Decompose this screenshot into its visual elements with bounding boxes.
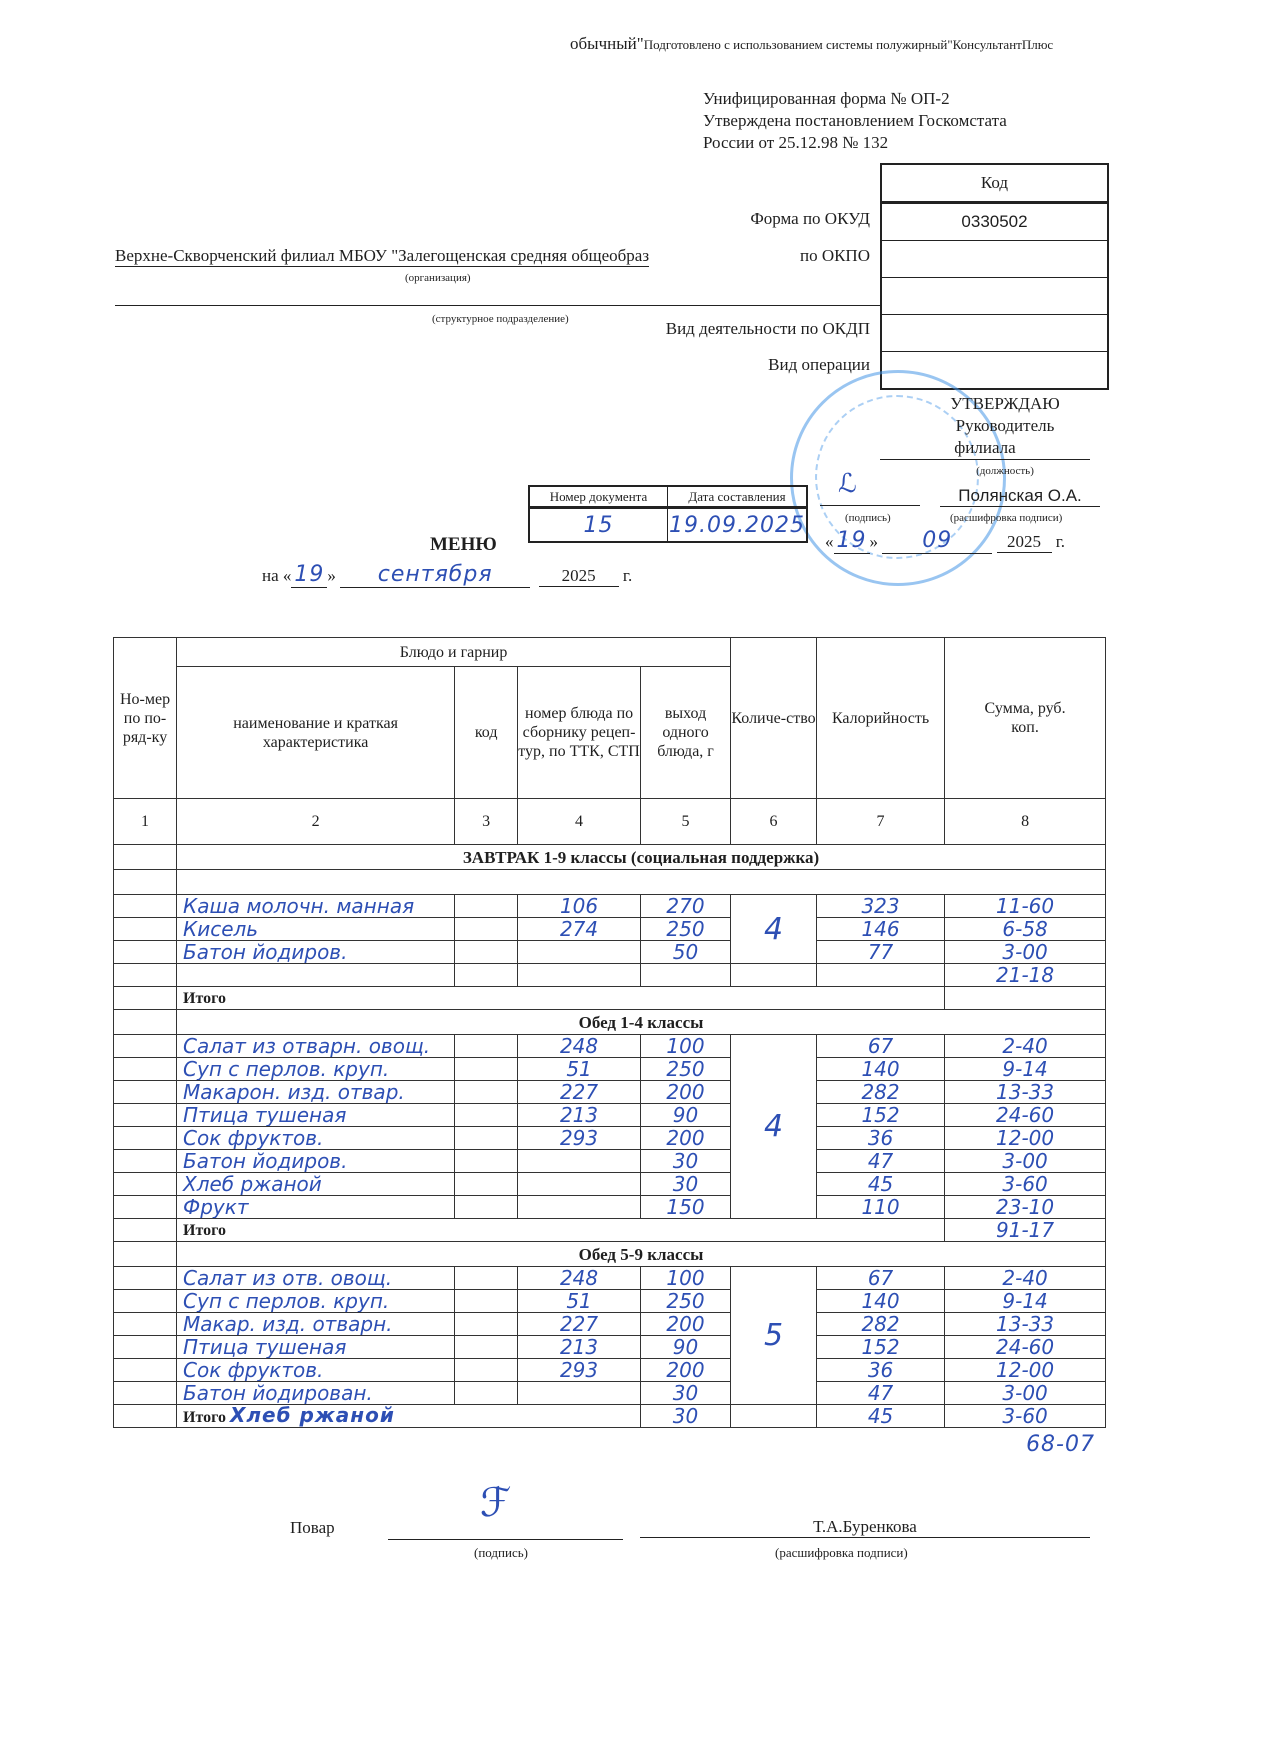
- table-row: Батон йодиров.50773-00: [114, 941, 1106, 964]
- table-row: Батон йодиров.30473-00: [114, 1150, 1106, 1173]
- dish-recipe: 51: [518, 1058, 641, 1081]
- dish-code: [455, 1382, 518, 1405]
- dish-calories: 36: [816, 1127, 944, 1150]
- dish-sum: 13-33: [945, 1081, 1106, 1104]
- okdp-label: Вид деятельности по ОКДП: [666, 319, 870, 339]
- section-header-row: Обед 1-4 классы: [114, 1010, 1106, 1035]
- dish-name: Суп с перлов. круп.: [177, 1058, 455, 1081]
- form-info: Унифицированная форма № ОП-2 Утверждена …: [703, 88, 1007, 154]
- dish-recipe: 248: [518, 1267, 641, 1290]
- dish-code: [455, 1290, 518, 1313]
- total-row: Итого91-17: [114, 1219, 1106, 1242]
- dish-calories: 45: [816, 1173, 944, 1196]
- dish-name: Суп с перлов. круп.: [177, 1290, 455, 1313]
- dish-recipe: [518, 1173, 641, 1196]
- row-num: [114, 1313, 177, 1336]
- dish-recipe: [518, 1382, 641, 1405]
- dish-recipe: 293: [518, 1127, 641, 1150]
- organization-name: Верхне-Скворченский филиал МБОУ "Залегощ…: [115, 246, 649, 267]
- dish-name: Птица тушеная: [177, 1104, 455, 1127]
- cook-name-caption: (расшифровка подписи): [775, 1545, 908, 1561]
- section-title: Обед 5-9 классы: [177, 1242, 1106, 1267]
- dish-yield: 200: [640, 1081, 730, 1104]
- document-date: 19.09.2025: [668, 508, 807, 543]
- dish-yield: 200: [640, 1127, 730, 1150]
- dish-sum: 3-60: [945, 1173, 1106, 1196]
- header-name: наименование и краткая характеристика: [177, 667, 455, 799]
- table-row: Птица тушеная2139015224-60: [114, 1104, 1106, 1127]
- dish-yield: 250: [640, 918, 730, 941]
- dish-yield: 30: [640, 1173, 730, 1196]
- dish-sum: 13-33: [945, 1313, 1106, 1336]
- total-row-label: Итого Хлеб ржаной: [177, 1405, 641, 1428]
- row-num: [114, 1081, 177, 1104]
- operation-label: Вид операции: [768, 355, 870, 375]
- menu-date-line: на «19» сентября 2025 г.: [262, 562, 632, 588]
- table-row: Суп с перлов. круп.512501409-14: [114, 1058, 1106, 1081]
- dish-qty: [731, 964, 817, 987]
- approval-signature-line: ℒ: [820, 483, 920, 506]
- dish-name: [177, 964, 455, 987]
- header-dish-group: Блюдо и гарнир: [177, 638, 731, 667]
- dish-qty: 5: [731, 1267, 817, 1405]
- dish-sum: 24-60: [945, 1104, 1106, 1127]
- table-row: Кисель2742501466-58: [114, 918, 1106, 941]
- dish-calories: 67: [816, 1267, 944, 1290]
- table-row: Сок фруктов.2932003612-00: [114, 1359, 1106, 1382]
- dish-calories: 140: [816, 1290, 944, 1313]
- dish-recipe: 274: [518, 918, 641, 941]
- dish-name: Макарон. изд. отвар.: [177, 1081, 455, 1104]
- dish-name: Батон йодиров.: [177, 941, 455, 964]
- header-note-word: обычный": [570, 34, 644, 53]
- okud-value: 0330502: [882, 201, 1107, 240]
- dish-calories: 77: [816, 941, 944, 964]
- dish-sum: 3-00: [945, 1382, 1106, 1405]
- menu-title: МЕНЮ: [430, 534, 497, 556]
- okpo-label: по ОКПО: [800, 246, 870, 266]
- cook-signature-caption: (подпись): [474, 1545, 528, 1561]
- menu-table: Но-мер по по-ряд-ку Блюдо и гарнир Колич…: [113, 637, 1106, 1428]
- dish-code: [455, 941, 518, 964]
- header-num: Но-мер по по-ряд-ку: [114, 638, 177, 799]
- dish-yield: 30: [640, 1382, 730, 1405]
- form-info-line1: Унифицированная форма № ОП-2: [703, 88, 1007, 110]
- dish-yield: 100: [640, 1035, 730, 1058]
- dish-calories: 47: [816, 1150, 944, 1173]
- dish-code: [455, 1058, 518, 1081]
- dish-code: [455, 918, 518, 941]
- dish-yield: 90: [640, 1104, 730, 1127]
- approval-title: УТВЕРЖДАЮ: [915, 393, 1095, 415]
- blank-cell: [177, 870, 1106, 895]
- approval-date: «19» 09 2025 г.: [825, 528, 1065, 554]
- row-num: [114, 918, 177, 941]
- dish-recipe: 213: [518, 1336, 641, 1359]
- dish-calories: 36: [816, 1359, 944, 1382]
- total-label: Итого: [183, 1409, 226, 1426]
- dish-sum: 9-14: [945, 1058, 1106, 1081]
- row-num: [114, 1382, 177, 1405]
- row-num: [114, 1150, 177, 1173]
- cook-signature-line: [388, 1538, 623, 1540]
- total-sum: 91-17: [945, 1219, 1106, 1242]
- blank-cell: [114, 870, 177, 895]
- dish-sum: 2-40: [945, 1035, 1106, 1058]
- dish-code: [455, 1313, 518, 1336]
- dish-sum: 9-14: [945, 1290, 1106, 1313]
- dish-calories: 152: [816, 1336, 944, 1359]
- header-yield: выход одного блюда, г: [640, 667, 730, 799]
- organization-caption: (организация): [405, 272, 471, 284]
- menu-date-on-label: на: [262, 566, 279, 585]
- approval-position-line2: филиала: [880, 437, 1090, 460]
- approval-year: 2025: [997, 532, 1052, 553]
- dish-calories: 67: [816, 1035, 944, 1058]
- grand-total: 68-07: [1026, 1432, 1095, 1457]
- dish-code: [455, 1035, 518, 1058]
- header-recipe: номер блюда по сборнику рецеп-тур, по ТТ…: [518, 667, 641, 799]
- column-number: 6: [731, 799, 817, 845]
- okdp-value: [882, 314, 1107, 351]
- dish-name: Птица тушеная: [177, 1336, 455, 1359]
- dish-code: [455, 1173, 518, 1196]
- column-number: 1: [114, 799, 177, 845]
- table-row: Хлеб ржаной30453-60: [114, 1173, 1106, 1196]
- column-number: 7: [816, 799, 944, 845]
- column-number: 4: [518, 799, 641, 845]
- dish-yield: 270: [640, 895, 730, 918]
- dish-yield: 150: [640, 1196, 730, 1219]
- table-row: Макарон. изд. отвар.22720028213-33: [114, 1081, 1106, 1104]
- form-info-line3: России от 25.12.98 № 132: [703, 132, 1007, 154]
- division-line: [115, 305, 880, 306]
- row-num: [114, 1127, 177, 1150]
- row-num: [114, 1267, 177, 1290]
- dish-name: Батон йодиров.: [177, 1150, 455, 1173]
- dish-name: Хлеб ржаной: [177, 1173, 455, 1196]
- total-row: Итого Хлеб ржаной30453-60: [114, 1405, 1106, 1428]
- cook-label: Повар: [290, 1518, 335, 1538]
- dish-calories: 282: [816, 1313, 944, 1336]
- dish-yield: 90: [640, 1336, 730, 1359]
- dish-sum: 2-40: [945, 1267, 1106, 1290]
- approval-name-caption: (расшифровка подписи): [950, 512, 1062, 524]
- dish-yield: 30: [640, 1405, 730, 1428]
- dish-calories: 110: [816, 1196, 944, 1219]
- dish-yield: 100: [640, 1267, 730, 1290]
- dish-code: [455, 895, 518, 918]
- dish-name: Салат из отварн. овощ.: [177, 1035, 455, 1058]
- section-header-row: ЗАВТРАК 1-9 классы (социальная поддержка…: [114, 845, 1106, 870]
- table-row: Батон йодирован.30473-00: [114, 1382, 1106, 1405]
- column-number: 8: [945, 799, 1106, 845]
- dish-calories: 146: [816, 918, 944, 941]
- dish-sum: 3-00: [945, 941, 1106, 964]
- dish-name: Хлеб ржаной: [230, 1403, 395, 1427]
- dish-qty: [731, 1405, 817, 1428]
- dish-code: [455, 1336, 518, 1359]
- form-info-line2: Утверждена постановлением Госкомстата: [703, 110, 1007, 132]
- table-row: Салат из отварн. овощ.2481004672-40: [114, 1035, 1106, 1058]
- dish-calories: [816, 964, 944, 987]
- approval-year-suffix: г.: [1056, 532, 1065, 551]
- dish-name: Кисель: [177, 918, 455, 941]
- dish-recipe: [518, 1196, 641, 1219]
- dish-recipe: [518, 1150, 641, 1173]
- row-num: [114, 1173, 177, 1196]
- table-row: Макар. изд. отварн.22720028213-33: [114, 1313, 1106, 1336]
- dish-code: [455, 964, 518, 987]
- total-label: Итого: [177, 1219, 945, 1242]
- cook-name: Т.А.Буренкова: [640, 1517, 1090, 1538]
- section-num-cell: [114, 1010, 177, 1035]
- section-title: ЗАВТРАК 1-9 классы (социальная поддержка…: [177, 845, 1106, 870]
- dish-code: [455, 1196, 518, 1219]
- dish-calories: 323: [816, 895, 944, 918]
- dish-name: Фрукт: [177, 1196, 455, 1219]
- row-num: [114, 1035, 177, 1058]
- row-num: [114, 987, 177, 1010]
- dish-recipe: 51: [518, 1290, 641, 1313]
- dish-code: [455, 1081, 518, 1104]
- approval-name: Полянская О.А.: [940, 486, 1100, 507]
- header-qty: Количе-ство: [731, 638, 817, 799]
- header-code: код: [455, 667, 518, 799]
- table-row: Салат из отв. овощ.2481005672-40: [114, 1267, 1106, 1290]
- dish-yield: 250: [640, 1058, 730, 1081]
- header-sum: Сумма, руб. коп.: [945, 638, 1106, 799]
- okpo-extra-value: [882, 277, 1107, 314]
- menu-date-year: 2025: [539, 566, 619, 587]
- dish-name: Салат из отв. овощ.: [177, 1267, 455, 1290]
- dish-recipe: 106: [518, 895, 641, 918]
- row-num: [114, 1336, 177, 1359]
- section-num-cell: [114, 1242, 177, 1267]
- dish-recipe: 227: [518, 1081, 641, 1104]
- section-num-cell: [114, 845, 177, 870]
- document-date-header: Дата составления: [668, 486, 807, 508]
- dish-qty: 4: [731, 1035, 817, 1219]
- dish-yield: 200: [640, 1359, 730, 1382]
- dish-name: Каша молочн. манная: [177, 895, 455, 918]
- table-row: 21-18: [114, 964, 1106, 987]
- dish-name: Батон йодирован.: [177, 1382, 455, 1405]
- table-row: Сок фруктов.2932003612-00: [114, 1127, 1106, 1150]
- row-num: [114, 1058, 177, 1081]
- dish-sum: 6-58: [945, 918, 1106, 941]
- header-note-text: Подготовлено с использованием системы по…: [644, 37, 1054, 52]
- row-num: [114, 941, 177, 964]
- row-num: [114, 1359, 177, 1382]
- menu-date-month: сентября: [340, 562, 530, 588]
- okud-label: Форма по ОКУД: [750, 209, 870, 229]
- dish-code: [455, 1267, 518, 1290]
- row-num: [114, 1405, 177, 1428]
- dish-calories: 282: [816, 1081, 944, 1104]
- dish-sum: 24-60: [945, 1336, 1106, 1359]
- dish-calories: 140: [816, 1058, 944, 1081]
- dish-sum: 3-60: [945, 1405, 1106, 1428]
- table-row: Каша молочн. манная106270432311-60: [114, 895, 1106, 918]
- approval-position-caption: (должность): [915, 460, 1095, 482]
- document-number-header: Номер документа: [529, 486, 668, 508]
- dish-name: Макар. изд. отварн.: [177, 1313, 455, 1336]
- table-row: Суп с перлов. круп.512501409-14: [114, 1290, 1106, 1313]
- row-num: [114, 1219, 177, 1242]
- dish-recipe: 227: [518, 1313, 641, 1336]
- column-number: 5: [640, 799, 730, 845]
- dish-yield: 250: [640, 1290, 730, 1313]
- okpo-value: [882, 240, 1107, 277]
- dish-yield: [640, 964, 730, 987]
- total-row: Итого: [114, 987, 1106, 1010]
- approval-block: УТВЕРЖДАЮ Руководитель филиала (должност…: [915, 393, 1095, 482]
- dish-calories: 45: [816, 1405, 944, 1428]
- dish-qty: 4: [731, 895, 817, 964]
- dish-recipe: 293: [518, 1359, 641, 1382]
- division-caption: (структурное подразделение): [432, 313, 569, 325]
- total-label: Итого: [177, 987, 945, 1010]
- column-number: 3: [455, 799, 518, 845]
- column-number: 2: [177, 799, 455, 845]
- dish-sum: 11-60: [945, 895, 1106, 918]
- dish-calories: 152: [816, 1104, 944, 1127]
- approval-position-line1: Руководитель: [915, 415, 1095, 437]
- dish-sum: 21-18: [945, 964, 1106, 987]
- column-numbers-row: 12345678: [114, 799, 1106, 845]
- dish-name: Сок фруктов.: [177, 1359, 455, 1382]
- dish-code: [455, 1127, 518, 1150]
- dish-sum: 3-00: [945, 1150, 1106, 1173]
- menu-date-year-suffix: г.: [623, 566, 632, 585]
- dish-code: [455, 1104, 518, 1127]
- document-number: 15: [529, 508, 668, 543]
- dish-sum: 23-10: [945, 1196, 1106, 1219]
- dish-yield: 50: [640, 941, 730, 964]
- menu-date-day: 19: [291, 562, 327, 588]
- row-num: [114, 1290, 177, 1313]
- row-num: [114, 964, 177, 987]
- dish-recipe: [518, 941, 641, 964]
- dish-code: [455, 1150, 518, 1173]
- header-note: обычный"Подготовлено с использованием си…: [570, 34, 1053, 54]
- approval-day: 19: [834, 528, 870, 554]
- cook-signature: ℱ: [480, 1480, 512, 1526]
- dish-yield: 200: [640, 1313, 730, 1336]
- table-row: Птица тушеная2139015224-60: [114, 1336, 1106, 1359]
- dish-sum: 12-00: [945, 1127, 1106, 1150]
- dish-yield: 30: [640, 1150, 730, 1173]
- approval-month: 09: [882, 528, 992, 554]
- approval-signature: ℒ: [838, 469, 858, 499]
- approval-signature-caption: (подпись): [845, 512, 891, 524]
- dish-recipe: [518, 964, 641, 987]
- header-cal: Калорийность: [816, 638, 944, 799]
- dish-sum: 12-00: [945, 1359, 1106, 1382]
- dish-calories: 47: [816, 1382, 944, 1405]
- row-num: [114, 1104, 177, 1127]
- document-number-table: Номер документа Дата составления 15 19.0…: [528, 485, 808, 543]
- row-num: [114, 895, 177, 918]
- total-sum: [945, 987, 1106, 1010]
- code-header: Код: [882, 165, 1107, 201]
- dish-recipe: 213: [518, 1104, 641, 1127]
- dish-name: Сок фруктов.: [177, 1127, 455, 1150]
- table-row: Фрукт15011023-10: [114, 1196, 1106, 1219]
- code-box: Код 0330502: [880, 163, 1109, 390]
- section-header-row: Обед 5-9 классы: [114, 1242, 1106, 1267]
- row-num: [114, 1196, 177, 1219]
- dish-code: [455, 1359, 518, 1382]
- blank-row: [114, 870, 1106, 895]
- section-title: Обед 1-4 классы: [177, 1010, 1106, 1035]
- dish-recipe: 248: [518, 1035, 641, 1058]
